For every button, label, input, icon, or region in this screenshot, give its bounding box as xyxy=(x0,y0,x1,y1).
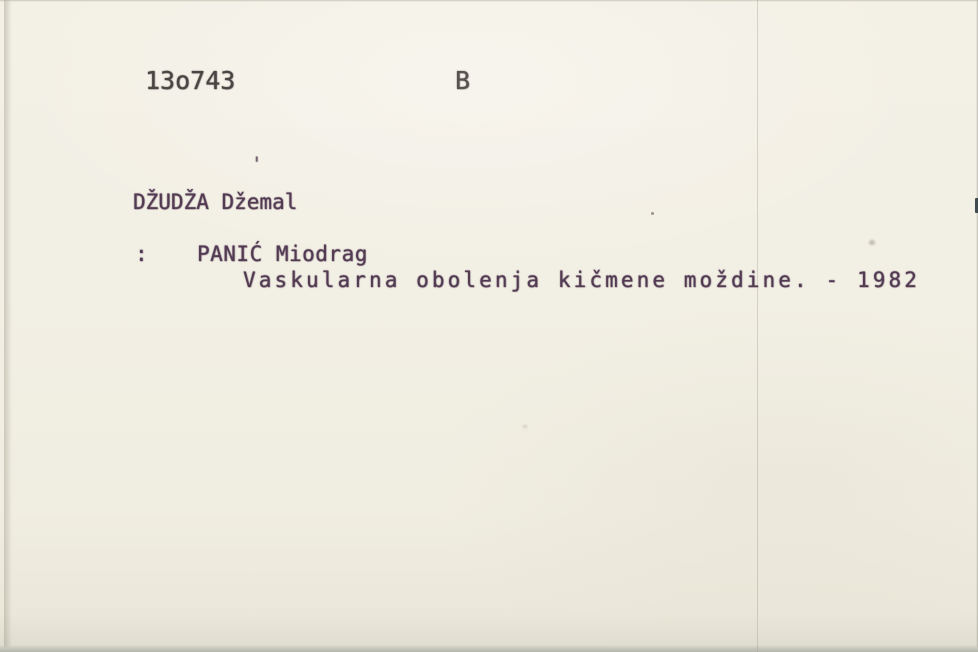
scan-edge-bottom xyxy=(0,645,978,652)
ink-smudge-mark xyxy=(869,240,875,245)
cross-reference-colon: : xyxy=(135,242,148,267)
ink-speck-mark xyxy=(651,212,654,215)
call-number: 13o743 xyxy=(145,66,235,96)
section-letter: B xyxy=(455,66,470,96)
cross-reference-author: PANIĆ Miodrag xyxy=(197,242,368,267)
scan-edge-left-shadow xyxy=(4,0,12,652)
title-and-year-line: Vaskularna obolenja kičmene moždine. - 1… xyxy=(243,268,920,293)
paper-crease-line xyxy=(757,0,758,652)
catalog-card-scan: 13o743 B ' DŽUDŽA Džemal : PANIĆ Miodrag… xyxy=(0,0,978,652)
paper-blemish-mark xyxy=(523,425,527,428)
scan-edge-top xyxy=(0,0,978,2)
author-heading: DŽUDŽA Džemal xyxy=(133,190,297,215)
stray-apostrophe-mark: ' xyxy=(251,153,262,176)
